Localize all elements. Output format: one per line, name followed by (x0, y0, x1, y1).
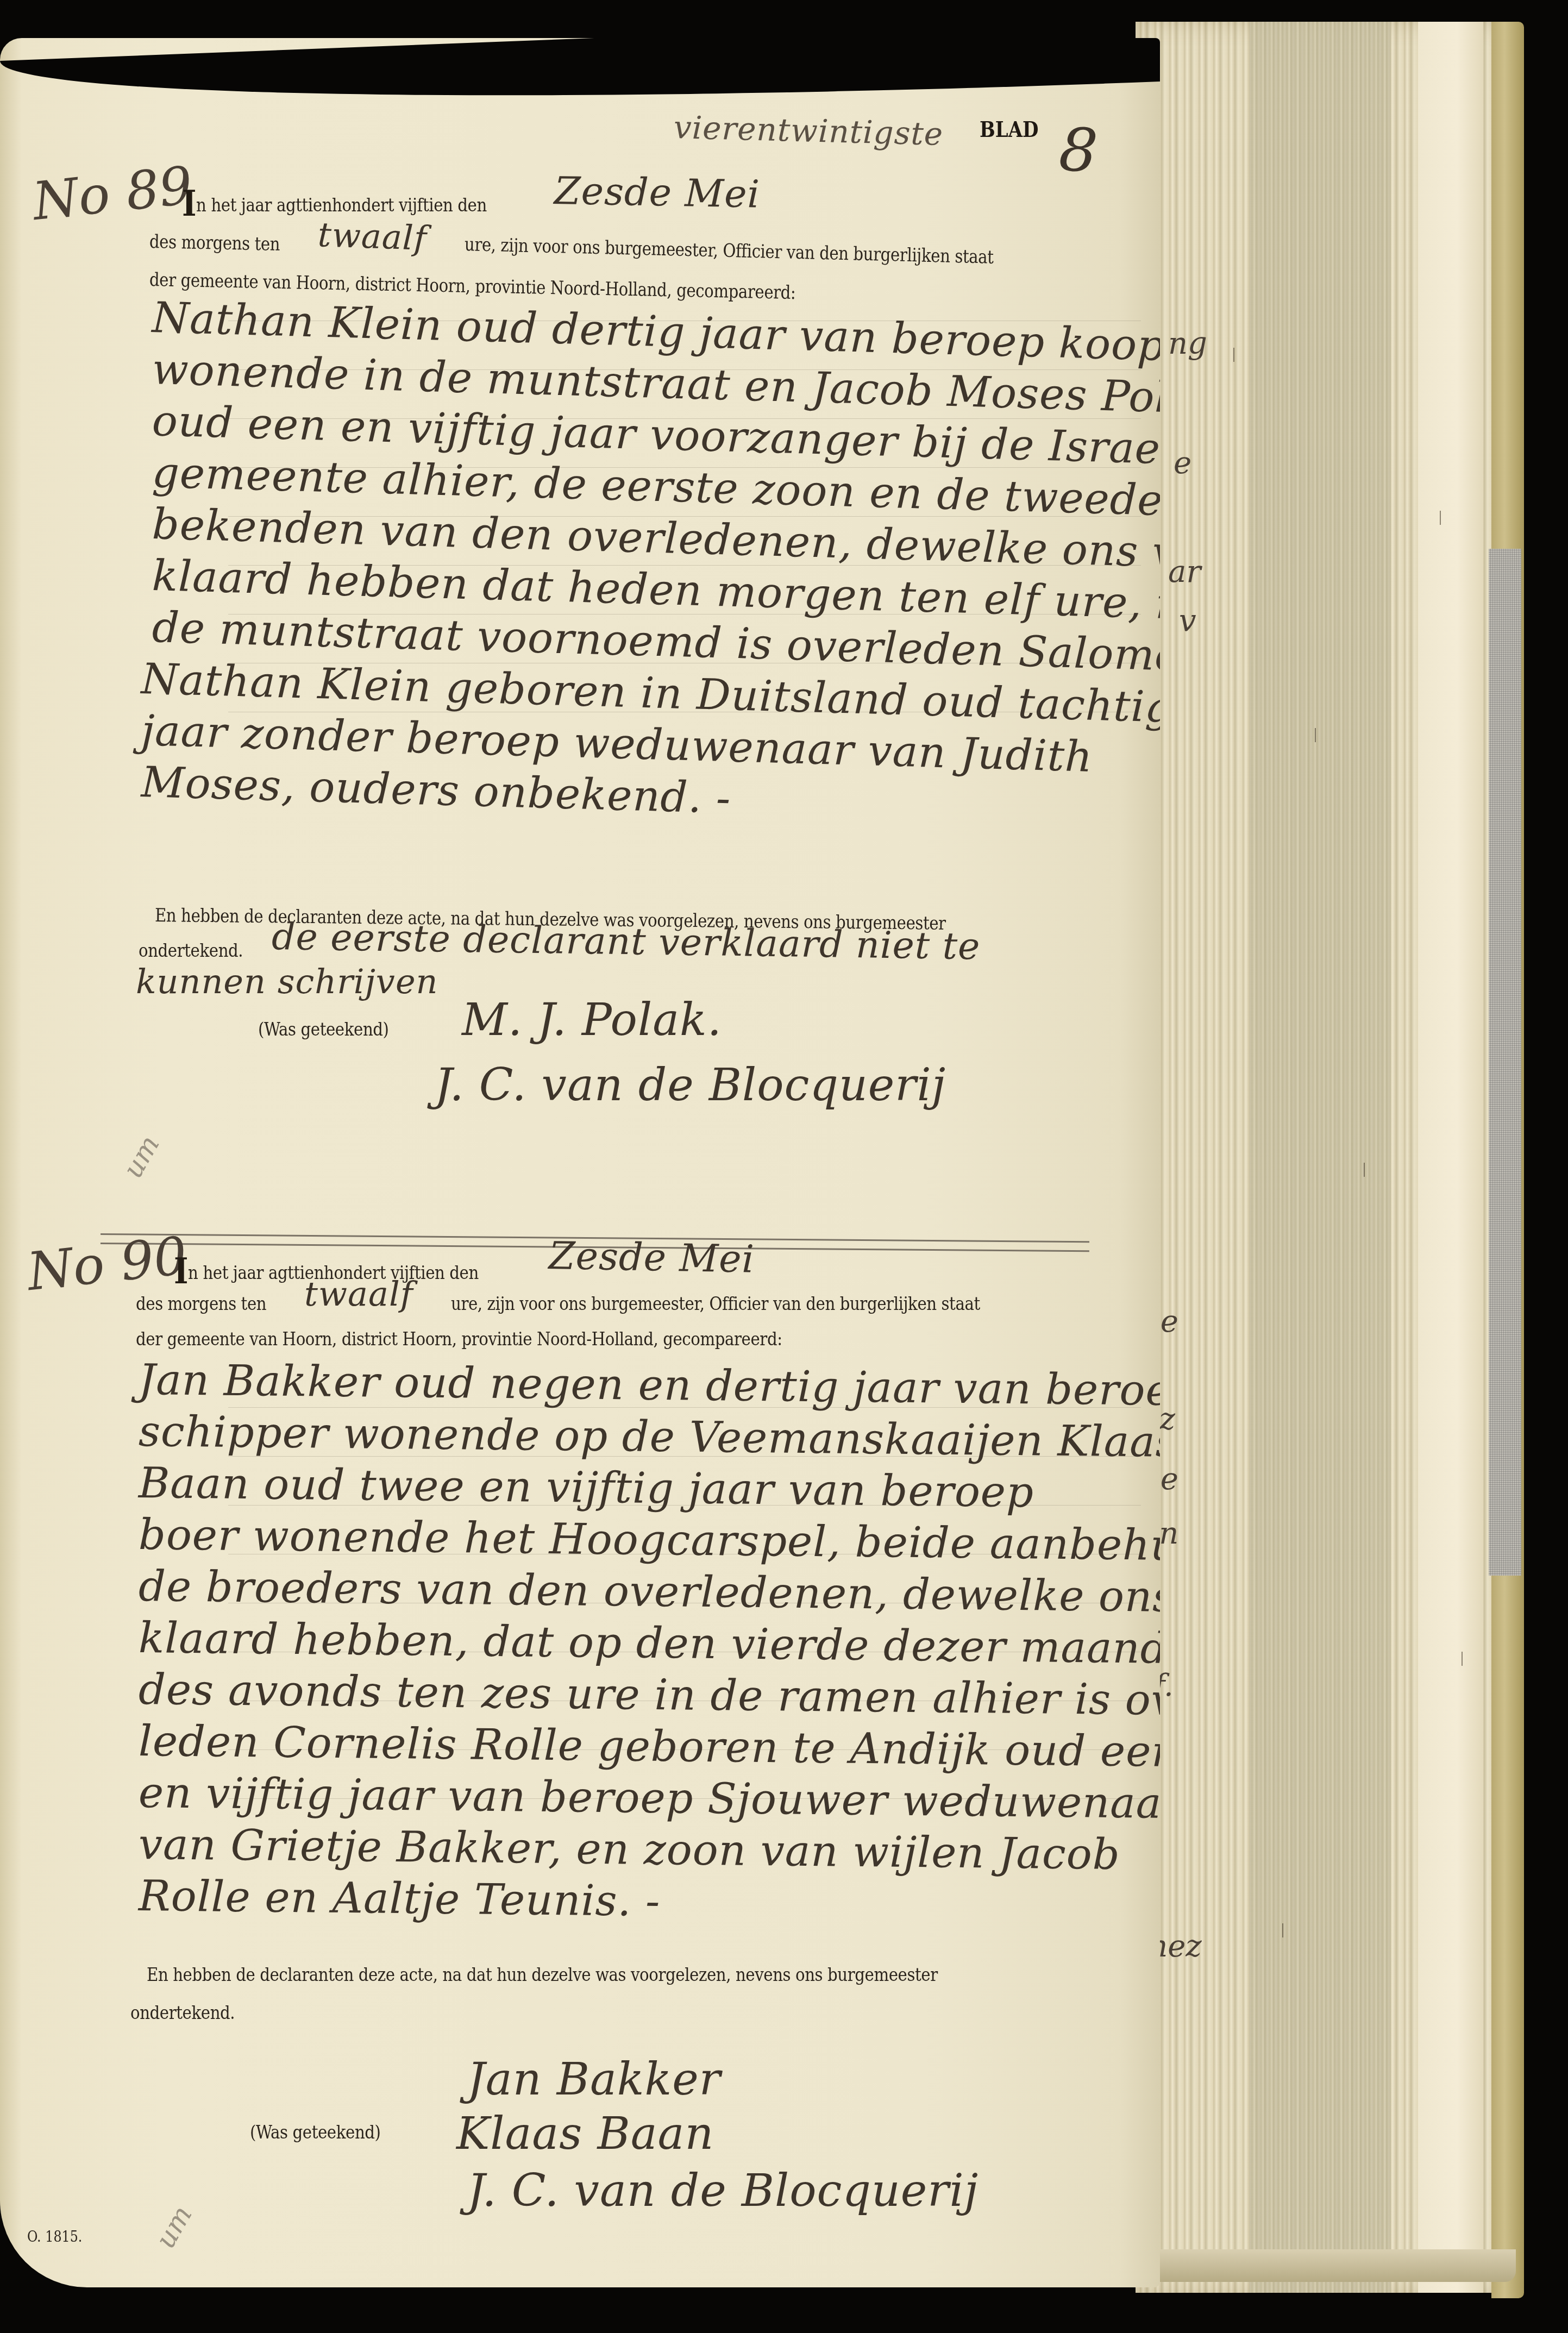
declaration-line-1: En hebben de declaranten deze acte, na d… (147, 1964, 938, 1986)
declaration-note-handwritten: de eerste declarant verklaard niet te (271, 915, 981, 968)
intro-line-2b: ure, zijn voor ons burgemeester, Officie… (451, 1293, 980, 1315)
intro-line-2a: des morgens ten (136, 1293, 266, 1315)
book-bottom-edge (1136, 2249, 1516, 2282)
hour-handwritten: twaalf (304, 1274, 413, 1314)
act-body-line: schipper wonende op de Veemanskaaijen Kl… (139, 1407, 1160, 1467)
intro-printed-text: n het jaar agttienhondert vijftien den (196, 195, 487, 216)
date-handwritten: Zesde Mei (554, 168, 760, 217)
page-edges-light (1418, 22, 1483, 2293)
declaration-line-2: ondertekend. (139, 940, 243, 962)
signature-mayor: J. C. van de Blocquerij (467, 2165, 979, 2217)
act-body-line: Jan Bakker oud negen en dertig jaar van … (139, 1356, 1160, 1415)
act-body-line: Baan oud twee en vijftig jaar van beroep (139, 1459, 1034, 1517)
pencil-mark: um (149, 2200, 198, 2254)
hour-handwritten: twaalf (317, 215, 428, 258)
sheet-label: BLAD (980, 117, 1039, 142)
signature-label: (Was geteekend) (250, 2122, 381, 2143)
pencil-mark: um (117, 1130, 166, 1183)
act-body-line: Rolle en Aaltje Teunis. - (139, 1872, 661, 1926)
drop-cap: I (182, 182, 196, 224)
date-handwritten: Zesde Mei (548, 1233, 755, 1282)
intro-line-3: der gemeente van Hoorn, district Hoorn, … (136, 1328, 782, 1350)
cloth-binding-strip (1489, 549, 1521, 1576)
act-body-line: van Grietje Bakker, en zoon van wijlen J… (139, 1820, 1121, 1879)
page-edges-shadowed (1250, 22, 1391, 2293)
act-body-line: leden Cornelis Rolle geboren te Andijk o… (139, 1717, 1160, 1777)
sheet-ordinal: vierentwintigste (673, 109, 944, 153)
form-code: O. 1815. (27, 2228, 82, 2246)
adjacent-page-fragment: ar (1168, 554, 1201, 589)
declaration-line-2: ondertekend. (130, 2002, 235, 2024)
signature-label: (Was geteekend) (258, 1019, 389, 1040)
sheet-number: 8 (1057, 114, 1101, 186)
act-number: No 90 (24, 1225, 190, 1302)
adjacent-page-fragment: e (1174, 446, 1191, 481)
act-body-line: des avonds ten zes ure in de ramen alhie… (139, 1665, 1160, 1726)
ink-mark (1462, 1652, 1463, 1666)
signature-mayor: J. C. van de Blocquerij (435, 1059, 946, 1111)
ink-mark (1364, 1163, 1365, 1177)
ink-mark (1315, 728, 1316, 742)
act-number: No 89 (30, 155, 196, 232)
intro-line-2b: ure, zijn voor ons burgemeester, Officie… (465, 234, 994, 268)
register-page: vierentwintigste BLAD 8 No 89 In het jaa… (0, 38, 1160, 2287)
signature-declarant-2: Klaas Baan (456, 2108, 714, 2160)
act-body-line: en vijftig jaar van beroep Sjouwer weduw… (139, 1768, 1160, 1828)
ink-mark (1233, 348, 1234, 362)
act-body-line: klaard hebben, dat op den vierde dezer m… (139, 1614, 1160, 1673)
ink-mark (1282, 1923, 1283, 1937)
adjacent-page-fragment: v (1179, 603, 1196, 638)
act-body-line: de broeders van den overledenen, dewelke… (139, 1562, 1160, 1623)
signature-declarant: M. J. Polak. (462, 994, 722, 1046)
drop-cap: I (174, 1250, 188, 1292)
intro-line-2a: des morgens ten (149, 231, 280, 255)
ink-mark (1440, 511, 1441, 525)
declaration-note-handwritten-2: kunnen schrijven (136, 962, 438, 1001)
act-body-line: boer wonende het Hoogcarspel, beide aanb… (139, 1510, 1160, 1571)
signature-declarant-1: Jan Bakker (467, 2054, 721, 2105)
adjacent-page-fragment: ng (1168, 326, 1207, 361)
